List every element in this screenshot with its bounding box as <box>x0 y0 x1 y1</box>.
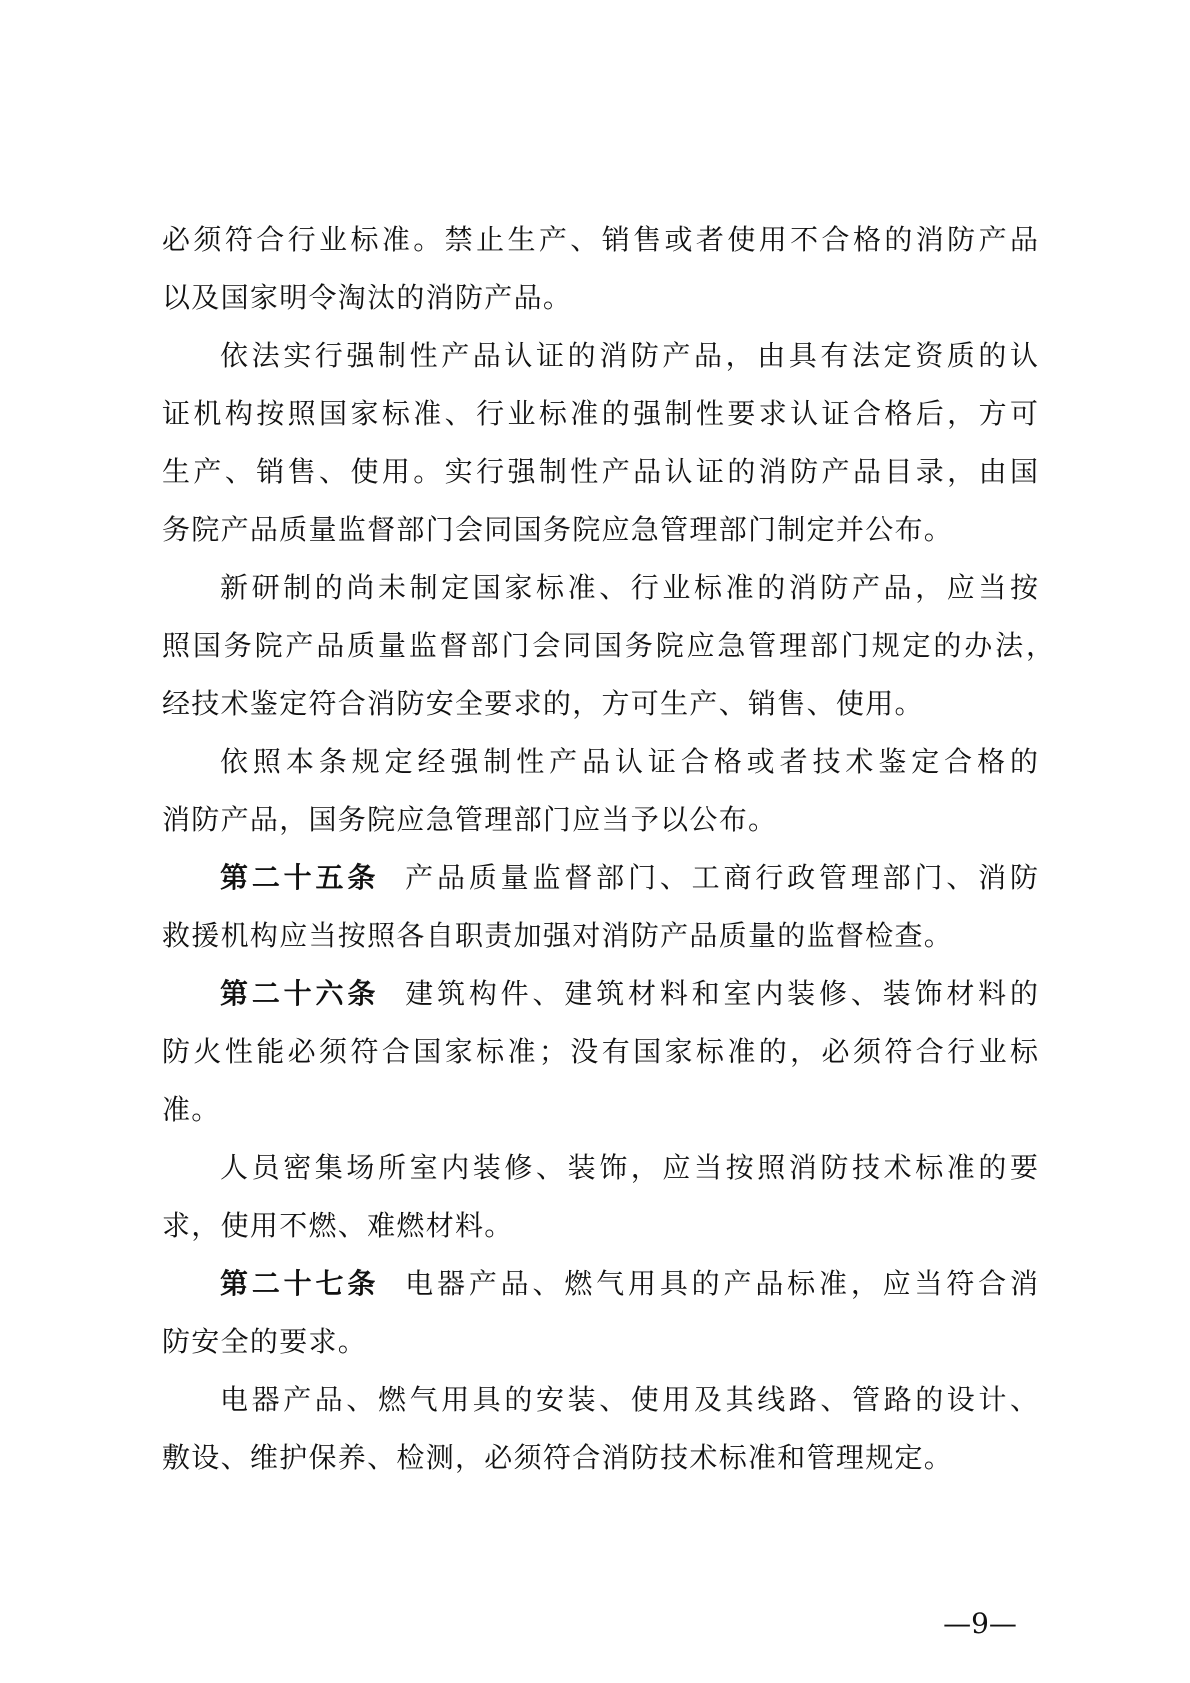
paragraph-line: 依照本条规定经强制性产品认证合格或者技术鉴定合格的 <box>162 733 1038 791</box>
paragraph-line: 新研制的尚未制定国家标准、行业标准的消防产品，应当按 <box>162 559 1038 617</box>
text-line: 防安全的要求。 <box>162 1313 1038 1371</box>
text-line: 求，使用不燃、难燃材料。 <box>162 1197 1038 1255</box>
text-line: 照国务院产品质量监督部门会同国务院应急管理部门规定的办法， <box>162 617 1054 675</box>
page-number: —9— <box>930 1606 1030 1642</box>
text-line: 务院产品质量监督部门会同国务院应急管理部门制定并公布。 <box>162 501 1038 559</box>
text-line: 防火性能必须符合国家标准；没有国家标准的，必须符合行业标 <box>162 1023 1038 1081</box>
text-line: 敷设、维护保养、检测，必须符合消防技术标准和管理规定。 <box>162 1429 1038 1487</box>
article-number: 第二十五条 <box>220 861 379 894</box>
article-text: 电器产品、燃气用具的产品标准，应当符合消 <box>405 1267 1038 1300</box>
text-line: 生产、销售、使用。实行强制性产品认证的消防产品目录，由国 <box>162 443 1038 501</box>
paragraph-line: 人员密集场所室内装修、装饰，应当按照消防技术标准的要 <box>162 1139 1038 1197</box>
body-text: 必须符合行业标准。禁止生产、销售或者使用不合格的消防产品 以及国家明令淘汰的消防… <box>162 211 1038 1487</box>
text-line: 必须符合行业标准。禁止生产、销售或者使用不合格的消防产品 <box>162 211 1038 269</box>
article-text: 产品质量监督部门、工商行政管理部门、消防 <box>405 861 1038 894</box>
text-line: 准。 <box>162 1081 1038 1139</box>
text-line: 消防产品，国务院应急管理部门应当予以公布。 <box>162 791 1038 849</box>
paragraph-line: 依法实行强制性产品认证的消防产品，由具有法定资质的认 <box>162 327 1038 385</box>
text-line: 经技术鉴定符合消防安全要求的，方可生产、销售、使用。 <box>162 675 1038 733</box>
article-27-heading-line: 第二十七条电器产品、燃气用具的产品标准，应当符合消 <box>162 1255 1038 1313</box>
article-25-heading-line: 第二十五条产品质量监督部门、工商行政管理部门、消防 <box>162 849 1038 907</box>
text-line: 以及国家明令淘汰的消防产品。 <box>162 269 1038 327</box>
article-26-heading-line: 第二十六条建筑构件、建筑材料和室内装修、装饰材料的 <box>162 965 1038 1023</box>
article-number: 第二十七条 <box>220 1267 379 1300</box>
text-line: 救援机构应当按照各自职责加强对消防产品质量的监督检查。 <box>162 907 1038 965</box>
text-line: 证机构按照国家标准、行业标准的强制性要求认证合格后，方可 <box>162 385 1038 443</box>
document-page: 必须符合行业标准。禁止生产、销售或者使用不合格的消防产品 以及国家明令淘汰的消防… <box>0 0 1190 1683</box>
article-number: 第二十六条 <box>220 977 379 1010</box>
paragraph-line: 电器产品、燃气用具的安装、使用及其线路、管路的设计、 <box>162 1371 1038 1429</box>
article-text: 建筑构件、建筑材料和室内装修、装饰材料的 <box>405 977 1038 1010</box>
